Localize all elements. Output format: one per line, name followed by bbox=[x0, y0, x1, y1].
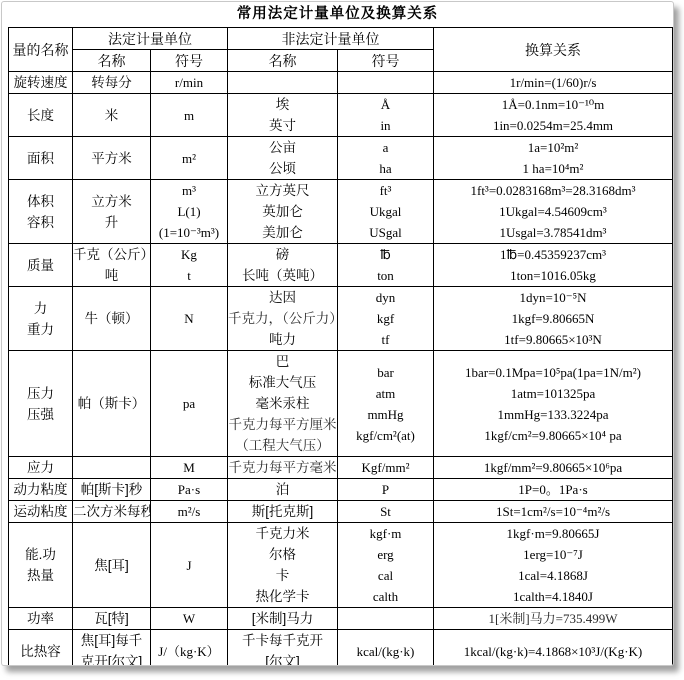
cell-line: m bbox=[151, 105, 227, 126]
cell-line: 米 bbox=[73, 105, 150, 126]
cell-line: St bbox=[338, 501, 433, 522]
legal-name-cell: 千克（公斤）吨 bbox=[73, 244, 151, 287]
cell-line: m² bbox=[151, 148, 227, 169]
conversion-cell: 1bar=0.1Mpa=10⁵pa(1pa=1N/m²)1atm=101325p… bbox=[434, 351, 673, 457]
quantity-cell: 应力 bbox=[9, 457, 73, 479]
cell-line: 功率 bbox=[9, 608, 72, 629]
table-body: 旋转速度转每分r/min1r/min=(1/60)r/s长度米m埃英寸Åin1Å… bbox=[9, 72, 673, 667]
cell-line: 立方米 bbox=[73, 191, 150, 212]
cell-line: 英寸 bbox=[228, 115, 337, 136]
cell-line: mmHg bbox=[338, 404, 433, 425]
nonlegal-name-cell: 千克力米尔格卡热化学卡 bbox=[228, 523, 338, 608]
table-row: 力重力牛（顿）N达因千克力，（公斤力）吨力dynkgftf1dyn=10⁻⁵N1… bbox=[9, 287, 673, 351]
cell-line: 热量 bbox=[9, 565, 72, 586]
cell-line: （工程大气压） bbox=[228, 435, 337, 456]
legal-symbol-cell: pa bbox=[151, 351, 228, 457]
table-header: 量的名称 法定计量单位 非法定计量单位 换算关系 名称 符号 名称 符号 bbox=[9, 28, 673, 72]
cell-line: 质量 bbox=[9, 255, 72, 276]
cell-line: 帕[斯卡]秒 bbox=[73, 479, 150, 500]
nonlegal-name-cell: 千克力每平方毫米 bbox=[228, 457, 338, 479]
table-row: 体积容积立方米升m³L(1)(1=10⁻³m³)立方英尺英加仑美加仑ft³Ukg… bbox=[9, 180, 673, 244]
cell-line: kgf·m bbox=[338, 523, 433, 544]
cell-line: 1kgf=9.80665N bbox=[434, 308, 672, 329]
legal-name-cell: 立方米升 bbox=[73, 180, 151, 244]
table-row: 旋转速度转每分r/min1r/min=(1/60)r/s bbox=[9, 72, 673, 94]
cell-line: calth bbox=[338, 586, 433, 607]
header-quantity: 量的名称 bbox=[9, 28, 73, 72]
page-title: 常用法定计量单位及换算关系 bbox=[2, 2, 673, 27]
legal-symbol-cell: m² bbox=[151, 137, 228, 180]
cell-line: ha bbox=[338, 158, 433, 179]
cell-line: USgal bbox=[338, 222, 433, 243]
cell-line: 1kcal/(kg·k)=4.1868×10³J/(Kg·K) bbox=[434, 641, 672, 662]
cell-line: 1St=1cm²/s=10⁻⁴m²/s bbox=[434, 501, 672, 522]
cell-line: (1=10⁻³m³) bbox=[151, 222, 227, 243]
cell-line: in bbox=[338, 115, 433, 136]
table-row: 面积平方米m²公亩公顷aha1a=10²m²1 ha=10⁴m² bbox=[9, 137, 673, 180]
cell-line: J bbox=[151, 555, 227, 576]
cell-line: 1ft³=0.0283168m³=28.3168dm³ bbox=[434, 180, 672, 201]
nonlegal-symbol-cell: Kgf/mm² bbox=[338, 457, 434, 479]
cell-line: kcal/(kg·k) bbox=[338, 641, 433, 662]
cell-line: Pa·s bbox=[151, 479, 227, 500]
header-row-1: 量的名称 法定计量单位 非法定计量单位 换算关系 bbox=[9, 28, 673, 50]
nonlegal-name-cell: [米制]马力 bbox=[228, 608, 338, 630]
quantity-cell: 比热容 bbox=[9, 630, 73, 667]
cell-line: 能.功 bbox=[9, 544, 72, 565]
cell-line: P bbox=[338, 479, 433, 500]
cell-line: erg bbox=[338, 544, 433, 565]
legal-name-cell: 帕[斯卡]秒 bbox=[73, 479, 151, 501]
cell-line: 千克（公斤） bbox=[73, 244, 150, 265]
cell-line: W bbox=[151, 608, 227, 629]
table-row: 动力粘度帕[斯卡]秒Pa·s泊P1P=0。1Pa·s bbox=[9, 479, 673, 501]
cell-line: 体积 bbox=[9, 191, 72, 212]
cell-line: ton bbox=[338, 265, 433, 286]
nonlegal-name-cell: 斯[托克斯] bbox=[228, 501, 338, 523]
document-sheet: 常用法定计量单位及换算关系 量的名称 法定计量单位 非法定计量单位 换算关系 名… bbox=[1, 1, 674, 666]
cell-line: ℔ bbox=[338, 244, 433, 265]
cell-line: 升 bbox=[73, 212, 150, 233]
quantity-cell: 力重力 bbox=[9, 287, 73, 351]
quantity-cell: 旋转速度 bbox=[9, 72, 73, 94]
cell-line: 达因 bbox=[228, 287, 337, 308]
cell-line: kgf bbox=[338, 308, 433, 329]
cell-line: 1ton=1016.05kg bbox=[434, 265, 672, 286]
cell-line: m²/s bbox=[151, 501, 227, 522]
nonlegal-name-cell: 泊 bbox=[228, 479, 338, 501]
cell-line: 瓦[特] bbox=[73, 608, 150, 629]
conversion-cell: 1ft³=0.0283168m³=28.3168dm³1Ukgal=4.5460… bbox=[434, 180, 673, 244]
quantity-cell: 压力压强 bbox=[9, 351, 73, 457]
cell-line: 千卡每千克开 bbox=[228, 630, 337, 651]
nonlegal-symbol-cell: St bbox=[338, 501, 434, 523]
quantity-cell: 运动粘度 bbox=[9, 501, 73, 523]
table-row: 质量千克（公斤）吨Kgt磅长吨（英吨）℔ton1℔=0.45359237cm³1… bbox=[9, 244, 673, 287]
cell-line: 公顷 bbox=[228, 158, 337, 179]
legal-name-cell: 平方米 bbox=[73, 137, 151, 180]
cell-line: 焦[耳]每千 bbox=[73, 630, 150, 651]
table-row: 能.功热量焦[耳]J千克力米尔格卡热化学卡kgf·mergcalcalth1kg… bbox=[9, 523, 673, 608]
cell-line: 应力 bbox=[9, 457, 72, 478]
cell-line: t bbox=[151, 265, 227, 286]
cell-line: 二次方米每秒 bbox=[73, 501, 150, 522]
nonlegal-name-cell: 公亩公顷 bbox=[228, 137, 338, 180]
quantity-cell: 长度 bbox=[9, 94, 73, 137]
cell-line: 1[米制]马力=735.499W bbox=[434, 608, 672, 629]
nonlegal-name-cell: 立方英尺英加仑美加仑 bbox=[228, 180, 338, 244]
conversion-cell: 1St=1cm²/s=10⁻⁴m²/s bbox=[434, 501, 673, 523]
legal-name-cell: 焦[耳]每千克开[尔文] bbox=[73, 630, 151, 667]
cell-line: 运动粘度 bbox=[9, 501, 72, 522]
cell-line: kgf/cm²(at) bbox=[338, 425, 433, 446]
cell-line: 埃 bbox=[228, 94, 337, 115]
cell-line: [尔文] bbox=[228, 651, 337, 666]
cell-line: 1in=0.0254m=25.4mm bbox=[434, 115, 672, 136]
legal-name-cell: 米 bbox=[73, 94, 151, 137]
table-row: 功率瓦[特]W[米制]马力1[米制]马力=735.499W bbox=[9, 608, 673, 630]
cell-line: 1kgf/mm²=9.80665×10⁶pa bbox=[434, 457, 672, 478]
cell-line: 长度 bbox=[9, 105, 72, 126]
cell-line: 牛（顿） bbox=[73, 308, 150, 329]
cell-line: 1atm=101325pa bbox=[434, 383, 672, 404]
legal-symbol-cell: J/（kg·K） bbox=[151, 630, 228, 667]
cell-line: 吨力 bbox=[228, 329, 337, 350]
nonlegal-symbol-cell: ℔ton bbox=[338, 244, 434, 287]
nonlegal-name-cell: 埃英寸 bbox=[228, 94, 338, 137]
cell-line: Å bbox=[338, 94, 433, 115]
conversion-cell: 1℔=0.45359237cm³1ton=1016.05kg bbox=[434, 244, 673, 287]
cell-line: 1r/min=(1/60)r/s bbox=[434, 72, 672, 93]
cell-line: cal bbox=[338, 565, 433, 586]
legal-symbol-cell: m²/s bbox=[151, 501, 228, 523]
legal-name-cell: 二次方米每秒 bbox=[73, 501, 151, 523]
legal-symbol-cell: Pa·s bbox=[151, 479, 228, 501]
conversion-cell: 1Å=0.1nm=10⁻¹⁰m1in=0.0254m=25.4mm bbox=[434, 94, 673, 137]
nonlegal-symbol-cell: aha bbox=[338, 137, 434, 180]
conversion-cell: 1kgf·m=9.80665J1erg=10⁻⁷J1cal=4.1868J1ca… bbox=[434, 523, 673, 608]
cell-line: 压力 bbox=[9, 383, 72, 404]
nonlegal-symbol-cell: kgf·mergcalcalth bbox=[338, 523, 434, 608]
cell-line: 英加仑 bbox=[228, 201, 337, 222]
cell-line: 公亩 bbox=[228, 137, 337, 158]
legal-name-cell: 转每分 bbox=[73, 72, 151, 94]
header-nonlegal-name: 名称 bbox=[228, 50, 338, 72]
cell-line: 帕（斯卡） bbox=[73, 393, 150, 414]
cell-line: 1a=10²m² bbox=[434, 137, 672, 158]
quantity-cell: 体积容积 bbox=[9, 180, 73, 244]
legal-symbol-cell: W bbox=[151, 608, 228, 630]
cell-line: 1cal=4.1868J bbox=[434, 565, 672, 586]
cell-line: N bbox=[151, 308, 227, 329]
table-row: 应力M千克力每平方毫米Kgf/mm²1kgf/mm²=9.80665×10⁶pa bbox=[9, 457, 673, 479]
cell-line: 泊 bbox=[228, 479, 337, 500]
cell-line: dyn bbox=[338, 287, 433, 308]
cell-line: 1bar=0.1Mpa=10⁵pa(1pa=1N/m²) bbox=[434, 362, 672, 383]
header-legal-symbol: 符号 bbox=[151, 50, 228, 72]
cell-line: 1calth=4.1840J bbox=[434, 586, 672, 607]
nonlegal-symbol-cell bbox=[338, 608, 434, 630]
header-legal-name: 名称 bbox=[73, 50, 151, 72]
nonlegal-symbol-cell: baratmmmHgkgf/cm²(at) bbox=[338, 351, 434, 457]
cell-line: 重力 bbox=[9, 319, 72, 340]
cell-line: L(1) bbox=[151, 201, 227, 222]
cell-line: 千克力每平方毫米 bbox=[228, 457, 337, 478]
conversion-cell: 1[米制]马力=735.499W bbox=[434, 608, 673, 630]
table-row: 比热容焦[耳]每千克开[尔文]J/（kg·K）千卡每千克开[尔文]kcal/(k… bbox=[9, 630, 673, 667]
cell-line: 尔格 bbox=[228, 544, 337, 565]
legal-symbol-cell: Kgt bbox=[151, 244, 228, 287]
cell-line: a bbox=[338, 137, 433, 158]
cell-line: 长吨（英吨） bbox=[228, 265, 337, 286]
cell-line: 比热容 bbox=[9, 641, 72, 662]
cell-line: 1Usgal=3.78541dm³ bbox=[434, 222, 672, 243]
cell-line: 磅 bbox=[228, 244, 337, 265]
units-table: 量的名称 法定计量单位 非法定计量单位 换算关系 名称 符号 名称 符号 旋转速… bbox=[8, 27, 673, 666]
cell-line: 千克力米 bbox=[228, 523, 337, 544]
cell-line: 压强 bbox=[9, 404, 72, 425]
cell-line: 面积 bbox=[9, 148, 72, 169]
cell-line: 克开[尔文] bbox=[73, 651, 150, 666]
quantity-cell: 功率 bbox=[9, 608, 73, 630]
nonlegal-symbol-cell: ft³UkgalUSgal bbox=[338, 180, 434, 244]
cell-line: 千克力每平方厘米 bbox=[228, 414, 337, 435]
cell-line: 1kgf/cm²=9.80665×10⁴ pa bbox=[434, 425, 672, 446]
conversion-cell: 1a=10²m²1 ha=10⁴m² bbox=[434, 137, 673, 180]
cell-line: 1tf=9.80665×10³N bbox=[434, 329, 672, 350]
cell-line: 平方米 bbox=[73, 148, 150, 169]
cell-line: 1erg=10⁻⁷J bbox=[434, 544, 672, 565]
legal-name-cell: 帕（斯卡） bbox=[73, 351, 151, 457]
nonlegal-symbol-cell: kcal/(kg·k) bbox=[338, 630, 434, 667]
cell-line: 1P=0。1Pa·s bbox=[434, 479, 672, 500]
cell-line: 斯[托克斯] bbox=[228, 501, 337, 522]
nonlegal-symbol-cell: Åin bbox=[338, 94, 434, 137]
nonlegal-name-cell bbox=[228, 72, 338, 94]
cell-line: 美加仑 bbox=[228, 222, 337, 243]
cell-line: 1mmHg=133.3224pa bbox=[434, 404, 672, 425]
cell-line: r/min bbox=[151, 72, 227, 93]
cell-line: J/（kg·K） bbox=[151, 641, 227, 662]
legal-name-cell: 瓦[特] bbox=[73, 608, 151, 630]
table-row: 压力压强帕（斯卡）pa巴标准大气压毫米汞柱千克力每平方厘米（工程大气压）bara… bbox=[9, 351, 673, 457]
cell-line: 1dyn=10⁻⁵N bbox=[434, 287, 672, 308]
cell-line: m³ bbox=[151, 180, 227, 201]
legal-symbol-cell: m bbox=[151, 94, 228, 137]
quantity-cell: 面积 bbox=[9, 137, 73, 180]
cell-line: M bbox=[151, 457, 227, 478]
cell-line: 1℔=0.45359237cm³ bbox=[434, 244, 672, 265]
cell-line: 力 bbox=[9, 298, 72, 319]
conversion-cell: 1kcal/(kg·k)=4.1868×10³J/(Kg·K) bbox=[434, 630, 673, 667]
cell-line: Kgf/mm² bbox=[338, 457, 433, 478]
nonlegal-symbol-cell bbox=[338, 72, 434, 94]
header-conversion: 换算关系 bbox=[434, 28, 673, 72]
cell-line: pa bbox=[151, 393, 227, 414]
conversion-cell: 1r/min=(1/60)r/s bbox=[434, 72, 673, 94]
legal-symbol-cell: r/min bbox=[151, 72, 228, 94]
cell-line: ft³ bbox=[338, 180, 433, 201]
cell-line: 转每分 bbox=[73, 72, 150, 93]
legal-symbol-cell: N bbox=[151, 287, 228, 351]
table-row: 运动粘度二次方米每秒m²/s斯[托克斯]St1St=1cm²/s=10⁻⁴m²/… bbox=[9, 501, 673, 523]
legal-name-cell: 牛（顿） bbox=[73, 287, 151, 351]
cell-line: tf bbox=[338, 329, 433, 350]
cell-line: 动力粘度 bbox=[9, 479, 72, 500]
cell-line: 热化学卡 bbox=[228, 586, 337, 607]
quantity-cell: 能.功热量 bbox=[9, 523, 73, 608]
table-row: 长度米m埃英寸Åin1Å=0.1nm=10⁻¹⁰m1in=0.0254m=25.… bbox=[9, 94, 673, 137]
cell-line: 1Ukgal=4.54609cm³ bbox=[434, 201, 672, 222]
cell-line: 焦[耳] bbox=[73, 555, 150, 576]
cell-line: 卡 bbox=[228, 565, 337, 586]
conversion-cell: 1kgf/mm²=9.80665×10⁶pa bbox=[434, 457, 673, 479]
cell-line: 容积 bbox=[9, 212, 72, 233]
cell-line: 吨 bbox=[73, 265, 150, 286]
quantity-cell: 质量 bbox=[9, 244, 73, 287]
header-nonlegal-group: 非法定计量单位 bbox=[228, 28, 434, 50]
cell-line: Kg bbox=[151, 244, 227, 265]
legal-symbol-cell: J bbox=[151, 523, 228, 608]
cell-line: Ukgal bbox=[338, 201, 433, 222]
nonlegal-name-cell: 达因千克力，（公斤力）吨力 bbox=[228, 287, 338, 351]
cell-line: [米制]马力 bbox=[228, 608, 337, 629]
quantity-cell: 动力粘度 bbox=[9, 479, 73, 501]
legal-name-cell: 焦[耳] bbox=[73, 523, 151, 608]
nonlegal-name-cell: 磅长吨（英吨） bbox=[228, 244, 338, 287]
header-legal-group: 法定计量单位 bbox=[73, 28, 228, 50]
cell-line: 1 ha=10⁴m² bbox=[434, 158, 672, 179]
nonlegal-name-cell: 千卡每千克开[尔文] bbox=[228, 630, 338, 667]
cell-line: 1Å=0.1nm=10⁻¹⁰m bbox=[434, 94, 672, 115]
legal-symbol-cell: M bbox=[151, 457, 228, 479]
header-nonlegal-symbol: 符号 bbox=[338, 50, 434, 72]
nonlegal-name-cell: 巴标准大气压毫米汞柱千克力每平方厘米（工程大气压） bbox=[228, 351, 338, 457]
conversion-cell: 1dyn=10⁻⁵N1kgf=9.80665N1tf=9.80665×10³N bbox=[434, 287, 673, 351]
cell-line: 旋转速度 bbox=[9, 72, 72, 93]
cell-line: 标准大气压 bbox=[228, 372, 337, 393]
conversion-cell: 1P=0。1Pa·s bbox=[434, 479, 673, 501]
cell-line: 立方英尺 bbox=[228, 180, 337, 201]
legal-name-cell bbox=[73, 457, 151, 479]
cell-line: atm bbox=[338, 383, 433, 404]
cell-line: bar bbox=[338, 362, 433, 383]
legal-symbol-cell: m³L(1)(1=10⁻³m³) bbox=[151, 180, 228, 244]
nonlegal-symbol-cell: dynkgftf bbox=[338, 287, 434, 351]
cell-line: 千克力，（公斤力） bbox=[228, 308, 337, 329]
cell-line: 毫米汞柱 bbox=[228, 393, 337, 414]
cell-line: 巴 bbox=[228, 351, 337, 372]
cell-line: 1kgf·m=9.80665J bbox=[434, 523, 672, 544]
nonlegal-symbol-cell: P bbox=[338, 479, 434, 501]
